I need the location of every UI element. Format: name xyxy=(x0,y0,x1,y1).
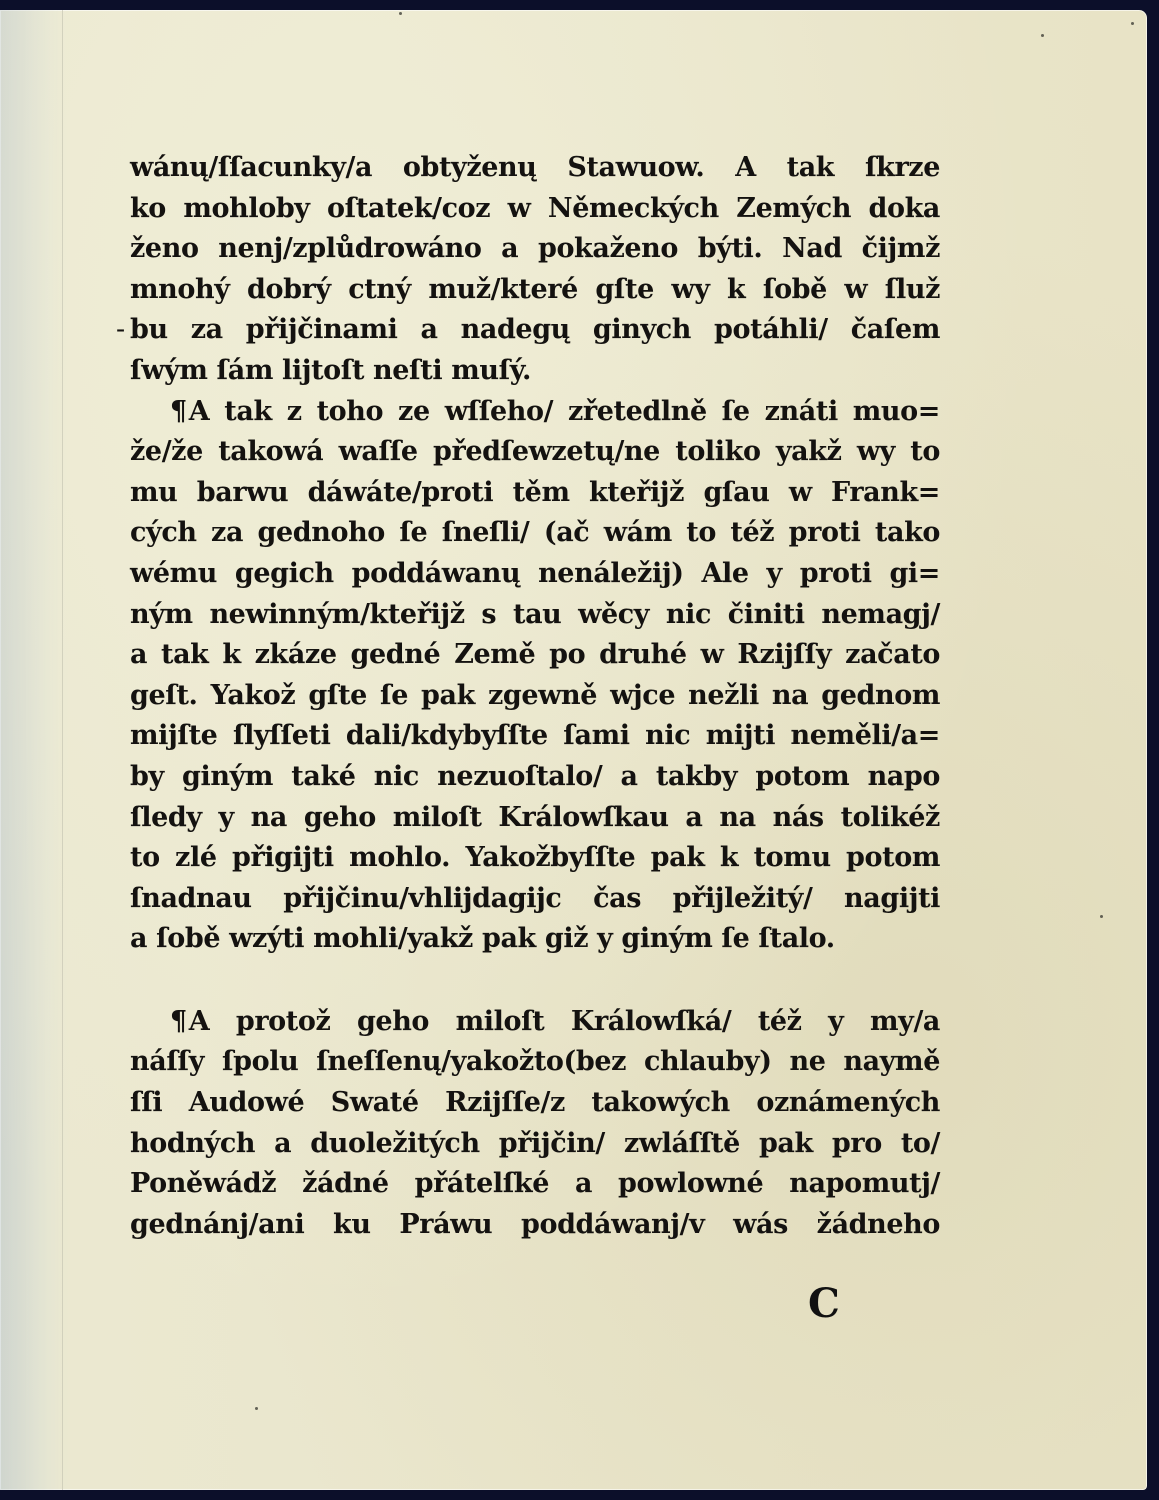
text-line-content: A tak z toho ze wſſeho/ zřetedlně ſe zná… xyxy=(189,396,940,427)
text-line: mnohý dobrý ctný muž/které gſte wy k ſob… xyxy=(130,270,940,311)
text-line: že/že takowá waſſe předſewzetų/ne toliko… xyxy=(130,432,940,473)
paragraph-1: wánų/ſſacunky/a obtyženų Stawuow. A tak … xyxy=(130,148,940,392)
text-line: mu barwu dáwáte/proti těm kteřijž gſau w… xyxy=(130,473,940,514)
text-line: - bu za přijčinami a nadegų ginych potáh… xyxy=(130,310,940,351)
paragraph-2: ¶A tak z toho ze wſſeho/ zřetedlně ſe zn… xyxy=(130,392,940,960)
body-text: wánų/ſſacunky/a obtyženų Stawuow. A tak … xyxy=(130,148,940,1245)
margin-mark: - xyxy=(116,310,125,351)
text-line-content: A protož geho miloſt Králowſká/ též y my… xyxy=(189,1006,940,1037)
text-line: geſt. Yakož gſte ſe pak zgewně wjce nežl… xyxy=(130,676,940,717)
text-line: náſſy ſpolu ſneſſenų/yakožto(bez chlauby… xyxy=(130,1042,940,1083)
text-line: cých za gednoho ſe ſneſli/ (ač wám to té… xyxy=(130,513,940,554)
paragraph-3: ¶A protož geho miloſt Králowſká/ též y m… xyxy=(130,1002,940,1246)
text-line: mijſte ſlyſſeti dali/kdybyſſte ſami nic … xyxy=(130,716,940,757)
text-line: ſſi Audowé Swaté Rzijſſe/z takowých ozná… xyxy=(130,1083,940,1124)
text-line-content: bu za přijčinami a nadegų ginych potáhli… xyxy=(130,314,940,345)
paper-speck xyxy=(1131,22,1134,25)
pilcrow-icon: ¶ xyxy=(170,392,187,433)
text-line: ko mohloby oſtatek/coz w Německých Zemýc… xyxy=(130,189,940,230)
text-line: hodných a duoležitých přijčin/ zwláſſtě … xyxy=(130,1124,940,1165)
text-line: ſledy y na geho miloſt Králowſkau a na n… xyxy=(130,798,940,839)
text-line: wánų/ſſacunky/a obtyženų Stawuow. A tak … xyxy=(130,148,940,189)
paper-speck xyxy=(1041,34,1044,37)
text-line: a tak k zkáze gedné Země po druhé w Rzij… xyxy=(130,635,940,676)
scanned-page: wánų/ſſacunky/a obtyženų Stawuow. A tak … xyxy=(0,10,1147,1490)
text-line: Poněwádž žádné přátelſké a powlowné napo… xyxy=(130,1164,940,1205)
text-line: ſnadnau přijčinu/vhlijdagijc čas přijlež… xyxy=(130,879,940,920)
signature-mark: C xyxy=(808,1280,840,1327)
text-line: gednánj/ani ku Práwu poddáwanj/v wás žád… xyxy=(130,1205,940,1246)
text-line: ſwým ſám lijtoſt neſti muſý. xyxy=(130,351,940,392)
paragraph-gap xyxy=(130,960,940,1002)
text-line: wému gegich poddáwanų nenáležij) Ale y p… xyxy=(130,554,940,595)
text-line: ¶A tak z toho ze wſſeho/ zřetedlně ſe zn… xyxy=(130,392,940,433)
paper-speck xyxy=(255,1407,258,1410)
text-line: ¶A protož geho miloſt Králowſká/ též y m… xyxy=(130,1002,940,1043)
paper-speck xyxy=(399,12,402,15)
page-fold-shadow xyxy=(0,10,63,1490)
text-line: a ſobě wzýti mohli/yakž pak giž y giným … xyxy=(130,919,940,960)
text-line: by giným také nic nezuoſtalo/ a takby po… xyxy=(130,757,940,798)
text-line: ným newinným/kteřijž s tau wěcy nic čini… xyxy=(130,595,940,636)
paper-speck xyxy=(1100,915,1103,918)
pilcrow-icon: ¶ xyxy=(170,1002,187,1043)
text-line: ženo nenj/zplůdrowáno a pokaženo býti. N… xyxy=(130,229,940,270)
text-line: to zlé přigijti mohlo. Yakožbyſſte pak k… xyxy=(130,838,940,879)
